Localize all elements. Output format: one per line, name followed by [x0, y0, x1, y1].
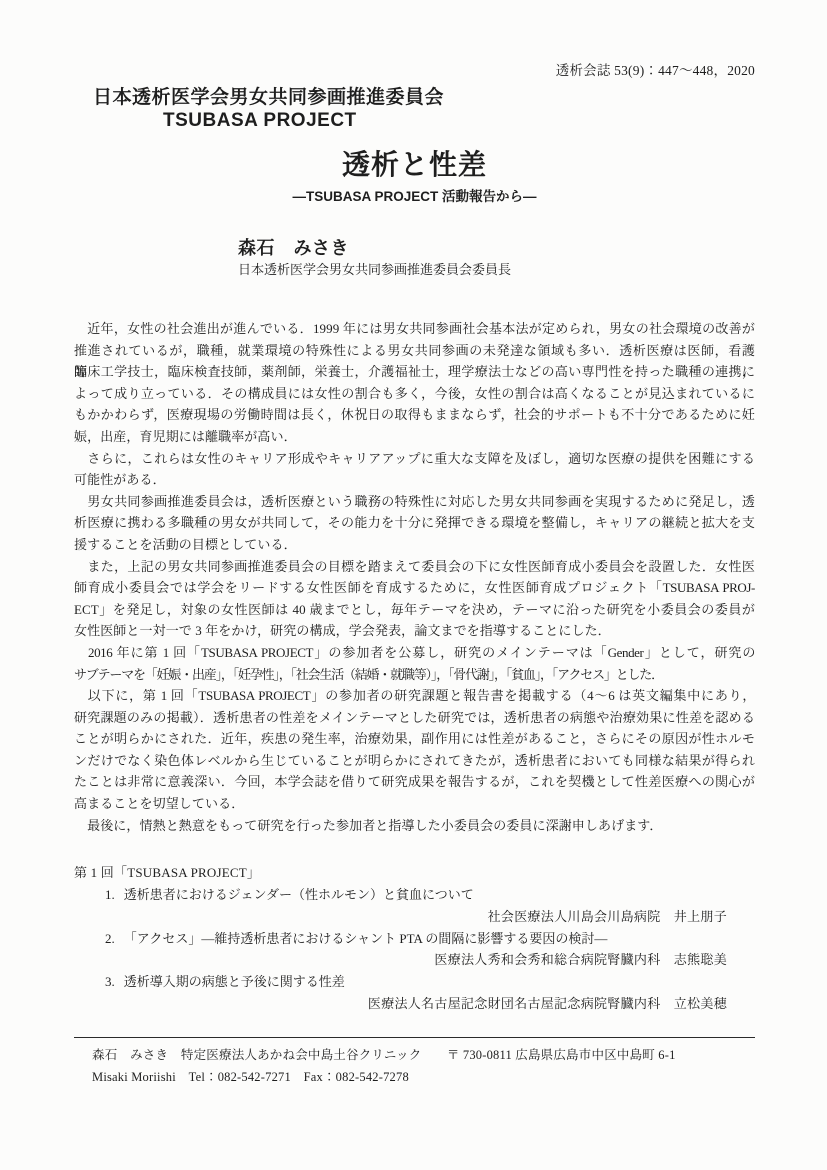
project-item-number: 1. [105, 884, 115, 906]
article-title: 透析と性差 [74, 148, 755, 182]
project-item-title: 3.透析導入期の病態と予後に関する性差 [74, 971, 755, 993]
article-body: 近年，女性の社会進出が進んでいる．1999 年には男女共同参画社会基本法が定めら… [74, 318, 755, 836]
body-line: また，上記の男女共同参画推進委員会の目標を踏まえて委員会の下に女性医師育成小委員… [74, 556, 755, 578]
project-item-title-text: 「アクセス」―維持透析患者におけるシャント PTA の間隔に影響する要因の検討― [124, 931, 608, 946]
body-line: サブテーマを「妊娠・出産」，「妊孕性」，「社会生活（結婚・就職等）」，「骨代謝」… [74, 664, 755, 686]
body-line: 男女共同参画推進委員会は，透析医療という職務の特殊性に対応した男女共同参画を実現… [74, 491, 755, 513]
article-subtitle: ―TSUBASA PROJECT 活動報告から― [74, 188, 755, 205]
body-line: ことが明らかにされた．近年，疾患の発生率，治療効果，副作用には性差があること，さ… [74, 728, 755, 750]
body-line: もかかわらず，医療現場の労働時間は長く，休祝日の取得もままならず，社会的サポート… [74, 404, 755, 426]
project-item-affiliation: 社会医療法人川島会川島病院 井上朋子 [74, 906, 755, 928]
footer-contact-en: Misaki Moriishi Tel：082-542-7271 Fax：082… [92, 1066, 755, 1088]
body-line: 可能性がある． [74, 469, 755, 491]
project-item-number: 3. [105, 971, 115, 993]
journal-citation: 透析会誌 53(9)：447～448，2020 [74, 62, 755, 80]
body-line: 以下に，第 1 回「TSUBASA PROJECT」の参加者の研究課題と報告書を… [74, 685, 755, 707]
body-line: 女性医師と一対一で 3 年をかけ，研究の構成，学会発表，論文までを指導することに… [74, 620, 755, 642]
project-name: TSUBASA PROJECT [163, 109, 755, 132]
body-line: ンだけでなく染色体レベルから生じていることが明らかにされてきたが，透析患者におい… [74, 750, 755, 772]
project-item-number: 2. [105, 928, 115, 950]
body-line: よって成り立っている．その構成員には女性の割合も多く，今後，女性の割合は高くなる… [74, 383, 755, 405]
header-block: 日本透析医学会男女共同参画推進委員会 TSUBASA PROJECT [93, 86, 755, 132]
body-line: 師育成小委員会では学会をリードする女性医師を育成するために，女性医師育成プロジェ… [74, 577, 755, 599]
body-line: 析医療に携わる多職種の男女が共同して，その能力を十分に発揮できる環境を整備し，キ… [74, 512, 755, 534]
author-name: 森石 みさき [238, 238, 755, 259]
body-line: 臨床工学技士，臨床検査技師，薬剤師，栄養士，介護福祉士，理学療法士などの高い専門… [74, 361, 755, 383]
body-line: 最後に，情熱と熱意をもって研究を行った参加者と指導した小委員会の委員に深謝申しあ… [74, 815, 755, 837]
committee-name: 日本透析医学会男女共同参画推進委員会 [93, 86, 755, 109]
body-line: たことは非常に意義深い．今回，本学会誌を借りて研究成果を報告するが，これを契機と… [74, 771, 755, 793]
body-line: 高まることを切望している． [74, 793, 755, 815]
project-list-heading: 第 1 回「TSUBASA PROJECT」 [74, 862, 755, 884]
project-item-title-text: 透析患者におけるジェンダー（性ホルモン）と貧血について [124, 887, 474, 902]
footer-contact-jp: 森石 みさき 特定医療法人あかね会中島土谷クリニック 〒 730-0811 広島… [92, 1044, 755, 1066]
project-item-title-text: 透析導入期の病態と予後に関する性差 [124, 974, 345, 989]
journal-page: 透析会誌 53(9)：447～448，2020 日本透析医学会男女共同参画推進委… [0, 0, 827, 1170]
body-line: 2016 年に第 1 回「TSUBASA PROJECT」の参加者を公募し，研究… [74, 642, 755, 664]
project-item-title: 2.「アクセス」―維持透析患者におけるシャント PTA の間隔に影響する要因の検… [74, 928, 755, 950]
body-line: 近年，女性の社会進出が進んでいる．1999 年には男女共同参画社会基本法が定めら… [74, 318, 755, 340]
body-line: さらに，これらは女性のキャリア形成やキャリアアップに重大な支障を及ぼし，適切な医… [74, 448, 755, 470]
body-line: 研究課題のみの掲載）．透析患者の性差をメインテーマとした研究では，透析患者の病態… [74, 707, 755, 729]
project-list: 第 1 回「TSUBASA PROJECT」 1.透析患者におけるジェンダー（性… [74, 862, 755, 1015]
body-line: 娠，出産，育児期には離職率が高い． [74, 426, 755, 448]
project-item-affiliation: 医療法人名古屋記念財団名古屋記念病院腎臓内科 立松美穂 [74, 993, 755, 1015]
author-block: 森石 みさき 日本透析医学会男女共同参画推進委員会委員長 [238, 238, 755, 278]
project-item-affiliation: 医療法人秀和会秀和総合病院腎臓内科 志熊聡美 [74, 949, 755, 971]
body-line: 推進されているが，職種，就業環境の特殊性による男女共同参画の未発達な領域も多い．… [74, 340, 755, 362]
author-affiliation: 日本透析医学会男女共同参画推進委員会委員長 [238, 262, 755, 278]
body-line: 援することを活動の目標としている． [74, 534, 755, 556]
body-line: ECT」を発足し，対象の女性医師は 40 歳までとし，毎年テーマを決め，テーマに… [74, 599, 755, 621]
footer: 森石 みさき 特定医療法人あかね会中島土谷クリニック 〒 730-0811 広島… [74, 1037, 755, 1088]
project-item-title: 1.透析患者におけるジェンダー（性ホルモン）と貧血について [74, 884, 755, 906]
